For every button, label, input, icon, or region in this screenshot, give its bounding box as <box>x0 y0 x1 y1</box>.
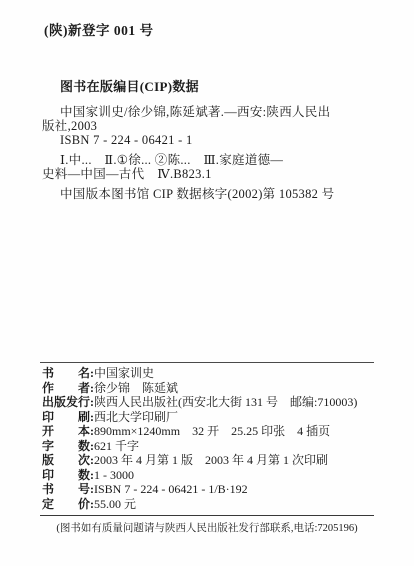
registration-number: (陕)新登字 001 号 <box>44 19 154 39</box>
bottom-divider-rule <box>40 515 374 516</box>
colophon-row: 定价:55.00 元 <box>42 497 374 512</box>
colophon-block: 书名:中国家训史 作者:徐少锦 陈延斌 出版发行:陕西人民出版社(西安北大街 1… <box>40 362 374 535</box>
colophon-row-label: 作者 <box>42 381 90 396</box>
colophon-row-value: 1 - 3000 <box>94 468 374 483</box>
colophon-row-value: ISBN 7 - 224 - 06421 - 1/B·192 <box>94 482 374 497</box>
colophon-row: 印刷:西北大学印刷厂 <box>42 410 374 425</box>
quality-contact-note: (图书如有质量问题请与陕西人民出版社发行部联系,电话:7205196) <box>40 520 374 535</box>
colophon-row: 书号:ISBN 7 - 224 - 06421 - 1/B·192 <box>42 482 374 497</box>
colophon-row: 书名:中国家训史 <box>42 366 374 381</box>
colophon-row: 开本:890mm×1240mm 32 开 25.25 印张 4 插页 <box>42 424 374 439</box>
cip-entry-line-2: 版社,2003 <box>42 119 378 133</box>
colophon-row: 印数:1 - 3000 <box>42 468 374 483</box>
colophon-row: 出版发行:陕西人民出版社(西安北大街 131 号 邮编:710003) <box>42 395 374 410</box>
colophon-row-label: 开本 <box>42 424 90 439</box>
colophon-row-value: 徐少锦 陈延斌 <box>94 381 374 396</box>
colophon-row-label: 出版发行 <box>42 395 90 410</box>
cip-isbn-line: ISBN 7 - 224 - 06421 - 1 <box>60 133 378 147</box>
cip-classification-line-1: Ⅰ.中... Ⅱ.①徐... ②陈... Ⅲ.家庭道德— <box>60 153 378 167</box>
colophon-rows: 书名:中国家训史 作者:徐少锦 陈延斌 出版发行:陕西人民出版社(西安北大街 1… <box>40 363 374 515</box>
colophon-row-value: 55.00 元 <box>94 497 374 512</box>
colophon-row-label: 印数 <box>42 468 90 483</box>
colophon-row-label: 字数 <box>42 439 90 454</box>
colophon-row-value: 621 千字 <box>94 439 374 454</box>
colophon-row-label: 版次 <box>42 453 90 468</box>
colophon-row-value: 西北大学印刷厂 <box>94 410 374 425</box>
colophon-row-value: 890mm×1240mm 32 开 25.25 印张 4 插页 <box>94 424 374 439</box>
colophon-row-label: 书名 <box>42 366 90 381</box>
colophon-row-label: 定价 <box>42 497 90 512</box>
colophon-row-value: 2003 年 4 月第 1 版 2003 年 4 月第 1 次印刷 <box>94 453 374 468</box>
cip-heading: 图书在版编目(CIP)数据 <box>60 80 378 94</box>
colophon-row: 字数:621 千字 <box>42 439 374 454</box>
colophon-row-value: 陕西人民出版社(西安北大街 131 号 邮编:710003) <box>94 395 374 410</box>
colophon-row: 版次:2003 年 4 月第 1 版 2003 年 4 月第 1 次印刷 <box>42 453 374 468</box>
cip-classification-line-2: 史料—中国—古代 Ⅳ.B823.1 <box>42 167 378 181</box>
colophon-row-label: 书号 <box>42 482 90 497</box>
colophon-row: 作者:徐少锦 陈延斌 <box>42 381 374 396</box>
colophon-row-value: 中国家训史 <box>94 366 374 381</box>
colophon-row-label: 印刷 <box>42 410 90 425</box>
cip-entry-line-1: 中国家训史/徐少锦,陈延斌著.—西安:陕西人民出 <box>60 105 378 119</box>
cip-data-block: 图书在版编目(CIP)数据 中国家训史/徐少锦,陈延斌著.—西安:陕西人民出 版… <box>42 80 378 201</box>
cip-record-number-line: 中国版本图书馆 CIP 数据核字(2002)第 105382 号 <box>60 187 378 201</box>
copyright-page: (陕)新登字 001 号 图书在版编目(CIP)数据 中国家训史/徐少锦,陈延斌… <box>0 0 414 566</box>
